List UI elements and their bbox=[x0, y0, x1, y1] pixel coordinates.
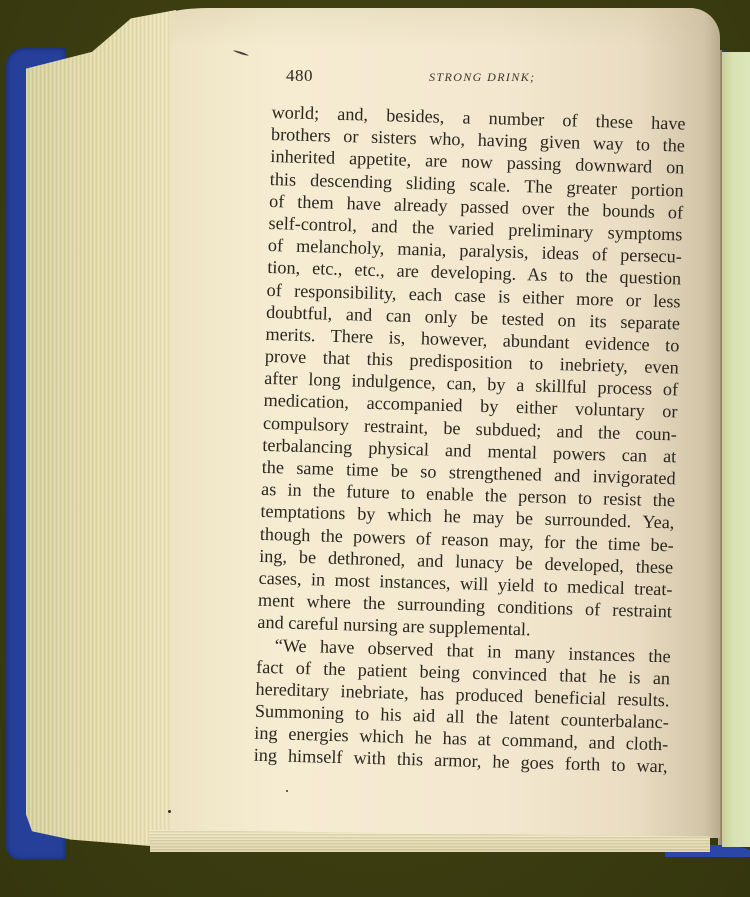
page-shading bbox=[170, 8, 720, 48]
page-number: 480 bbox=[286, 66, 313, 86]
paper-blemish bbox=[286, 790, 288, 792]
paper-blemish bbox=[168, 810, 171, 813]
paragraph: world; and, besides, a number of these h… bbox=[257, 101, 686, 645]
page-header: 480 STRONG DRINK; bbox=[286, 66, 686, 90]
paragraph: “We have observed that in many instances… bbox=[253, 633, 671, 778]
body-text: world; and, besides, a number of these h… bbox=[253, 101, 685, 778]
page-edges-stack bbox=[26, 10, 176, 848]
facing-page bbox=[722, 52, 750, 847]
running-head: STRONG DRINK; bbox=[429, 70, 536, 85]
